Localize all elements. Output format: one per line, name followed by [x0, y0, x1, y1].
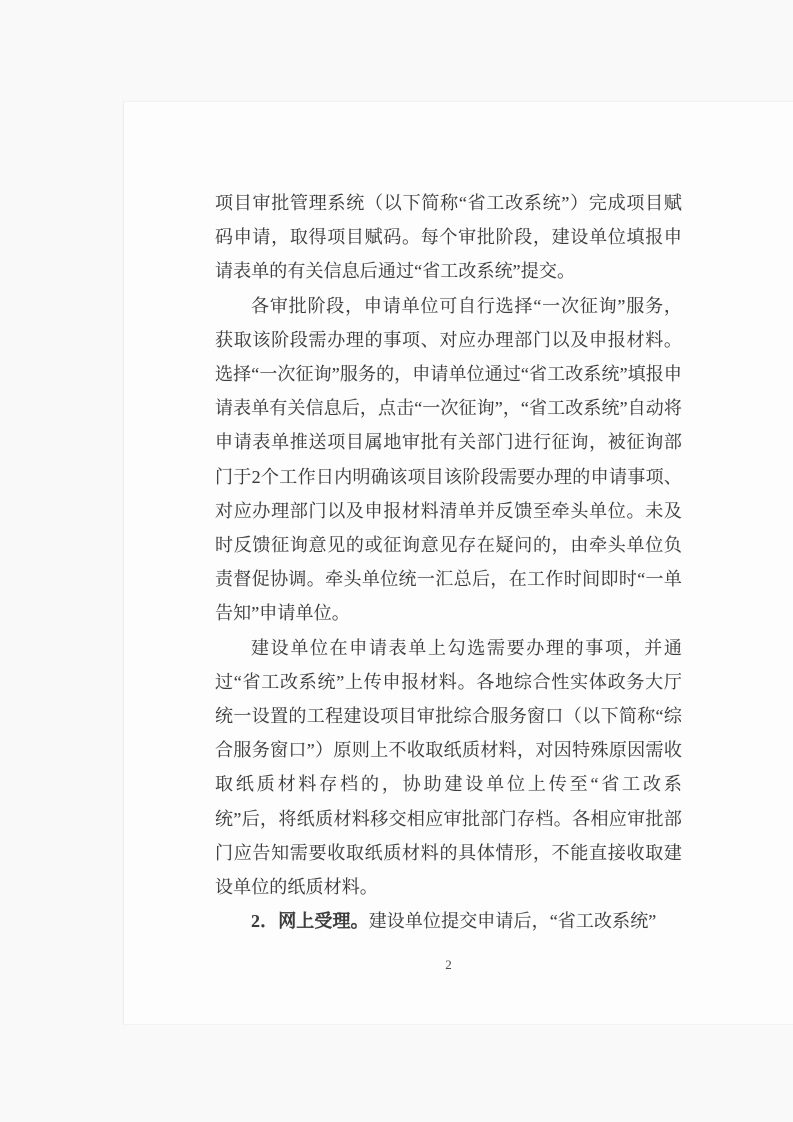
text-run: 各审批阶段，申请单位可自行选择“一次征询”服务，获取该阶段需办理的事项、对应办理…	[215, 296, 682, 624]
paragraph: 各审批阶段，申请单位可自行选择“一次征询”服务，获取该阶段需办理的事项、对应办理…	[215, 289, 682, 631]
body-text: 项目审批管理系统（以下简称“省工改系统”）完成项目赋码申请，取得项目赋码。每个审…	[215, 186, 682, 938]
text-run: 建设单位提交申请后，“省工改系统”	[369, 911, 657, 931]
text-run: 建设单位在申请表单上勾选需要办理的事项，并通过“省工改系统”上传申报材料。各地综…	[215, 638, 682, 897]
text-run: 项目审批管理系统（以下简称“省工改系统”）完成项目赋码申请，取得项目赋码。每个审…	[215, 193, 682, 281]
bold-run: 2．网上受理。	[251, 911, 369, 931]
paragraph: 项目审批管理系统（以下简称“省工改系统”）完成项目赋码申请，取得项目赋码。每个审…	[215, 186, 682, 289]
paragraph: 2．网上受理。建设单位提交申请后，“省工改系统”	[215, 904, 682, 938]
document-page: 项目审批管理系统（以下简称“省工改系统”）完成项目赋码申请，取得项目赋码。每个审…	[123, 101, 793, 1025]
page-number: 2	[215, 957, 682, 973]
paragraph: 建设单位在申请表单上勾选需要办理的事项，并通过“省工改系统”上传申报材料。各地综…	[215, 631, 682, 905]
